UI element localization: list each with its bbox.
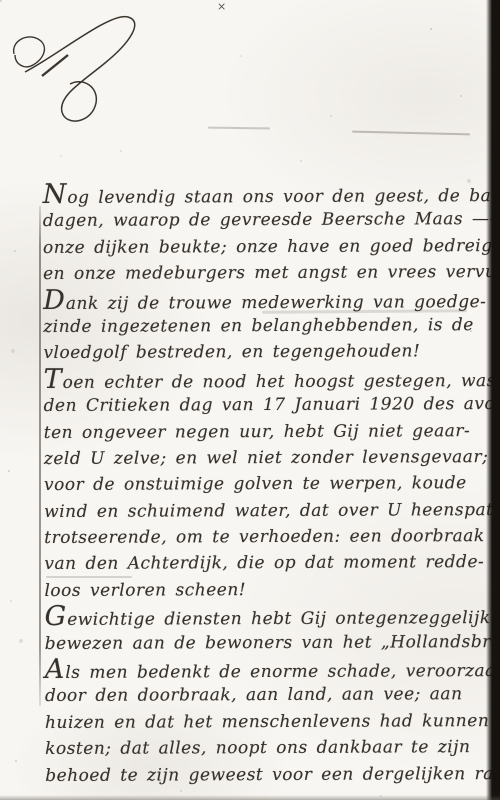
handwritten-line: Gewichtige diensten hebt Gij ontegenzegg… — [45, 602, 495, 630]
handwritten-line: loos verloren scheen! — [44, 576, 494, 604]
handwritten-line: huizen en dat het menschenlevens had kun… — [45, 708, 495, 736]
margin-rule-line — [39, 206, 41, 706]
smudge-streak — [208, 127, 270, 130]
pen-flourish-icon — [8, 10, 146, 128]
handwritten-line: en onze medeburgers met angst en vrees v… — [43, 259, 493, 287]
handwritten-line: dagen, waarop de gevreesde Beersche Maas… — [43, 206, 493, 234]
handwritten-line: zinde ingezetenen en belanghebbenden, is… — [43, 312, 493, 340]
scan-noise-speckles — [0, 0, 2, 2]
handwritten-line: behoed te zijn geweest voor een dergelij… — [45, 761, 495, 789]
handwritten-line: zeld U zelve; en wel niet zonder levensg… — [44, 444, 494, 472]
handwritten-line: wind en schuimend water, dat over U heen… — [44, 497, 494, 525]
handwritten-line: door den doorbraak, aan land, aan vee; a… — [45, 681, 495, 709]
handwriting-text-block: Nog levendig staan ons voor den geest, d… — [43, 180, 496, 789]
scan-edge-band — [486, 0, 500, 800]
scan-edge-shadow — [0, 795, 500, 800]
scanned-document-page: × Nog levendig staan ons voor den geest,… — [0, 0, 500, 800]
handwritten-line: trotseerende, om te verhoeden: een doorb… — [44, 523, 494, 551]
handwritten-line: Toen echter de nood het hoogst gestegen,… — [43, 365, 493, 393]
handwritten-line: van den Achterdijk, die op dat moment re… — [44, 549, 494, 577]
ink-speck: × — [217, 0, 226, 13]
handwritten-line: Als men bedenkt de enorme schade, veroor… — [45, 655, 495, 683]
smudge-streak — [352, 131, 470, 136]
handwritten-line: Nog levendig staan ons voor den geest, d… — [43, 180, 493, 208]
handwritten-line: kosten; dat alles, noopt ons dankbaar te… — [45, 734, 495, 762]
handwritten-line: den Critieken dag van 17 Januari 1920 de… — [44, 391, 494, 419]
handwritten-line: ten ongeveer negen uur, hebt Gij niet ge… — [44, 418, 494, 446]
handwritten-line: onze dijken beukte; onze have en goed be… — [43, 233, 493, 261]
handwritten-line: voor de onstuimige golven te werpen, kou… — [44, 470, 494, 498]
handwritten-line: vloedgolf bestreden, en tegengehouden! — [43, 338, 493, 366]
handwritten-line: Dank zij de trouwe medewerking van goedg… — [43, 286, 493, 314]
handwritten-line: bewezen aan de bewoners van het „Holland… — [45, 629, 495, 657]
